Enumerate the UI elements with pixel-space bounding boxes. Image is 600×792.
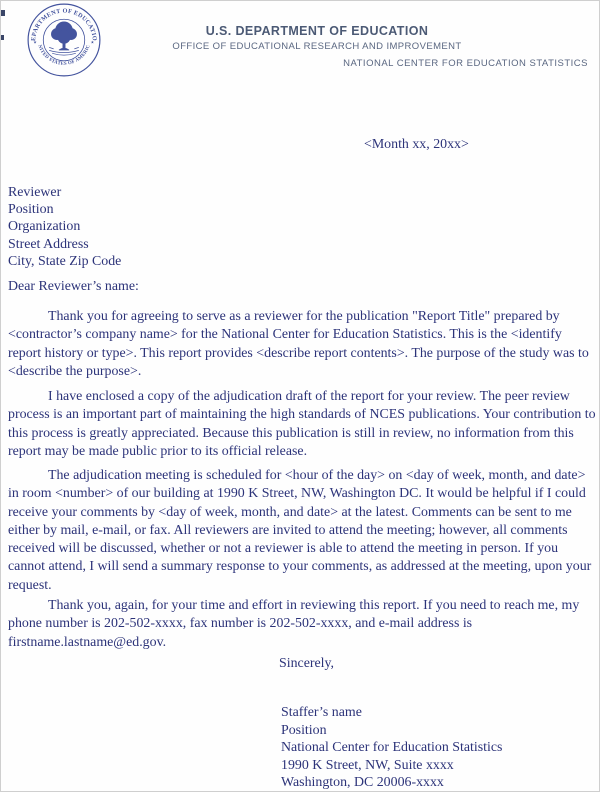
paragraph-4: Thank you, again, for your time and effo…: [8, 597, 598, 652]
letter-date: <Month xx, 20xx>: [364, 136, 469, 154]
department-of-education-seal-icon: DEPARTMENT OF EDUCATION UNITED STATES OF…: [27, 3, 101, 77]
salutation: Dear Reviewer’s name:: [8, 278, 139, 296]
scan-artifact: [1, 10, 5, 16]
office-subtitle: OFFICE OF EDUCATIONAL RESEARCH AND IMPRO…: [101, 41, 533, 52]
letter-page: DEPARTMENT OF EDUCATION UNITED STATES OF…: [0, 0, 600, 792]
center-name: NATIONAL CENTER FOR EDUCATION STATISTICS: [188, 58, 588, 69]
closing: Sincerely,: [279, 655, 334, 673]
paragraph-3: The adjudication meeting is scheduled fo…: [8, 467, 598, 595]
agency-title: U.S. DEPARTMENT OF EDUCATION: [131, 24, 503, 38]
signature-block: Staffer’s name Position National Center …: [281, 704, 502, 792]
paragraph-2: I have enclosed a copy of the adjudicati…: [8, 388, 598, 461]
seal-star: ★: [33, 40, 37, 45]
paragraph-1: Thank you for agreeing to serve as a rev…: [8, 308, 598, 381]
scan-artifact: [1, 35, 4, 40]
recipient-address-block: Reviewer Position Organization Street Ad…: [8, 184, 121, 270]
seal-tree: [51, 22, 77, 51]
seal-star: ★: [91, 40, 95, 45]
